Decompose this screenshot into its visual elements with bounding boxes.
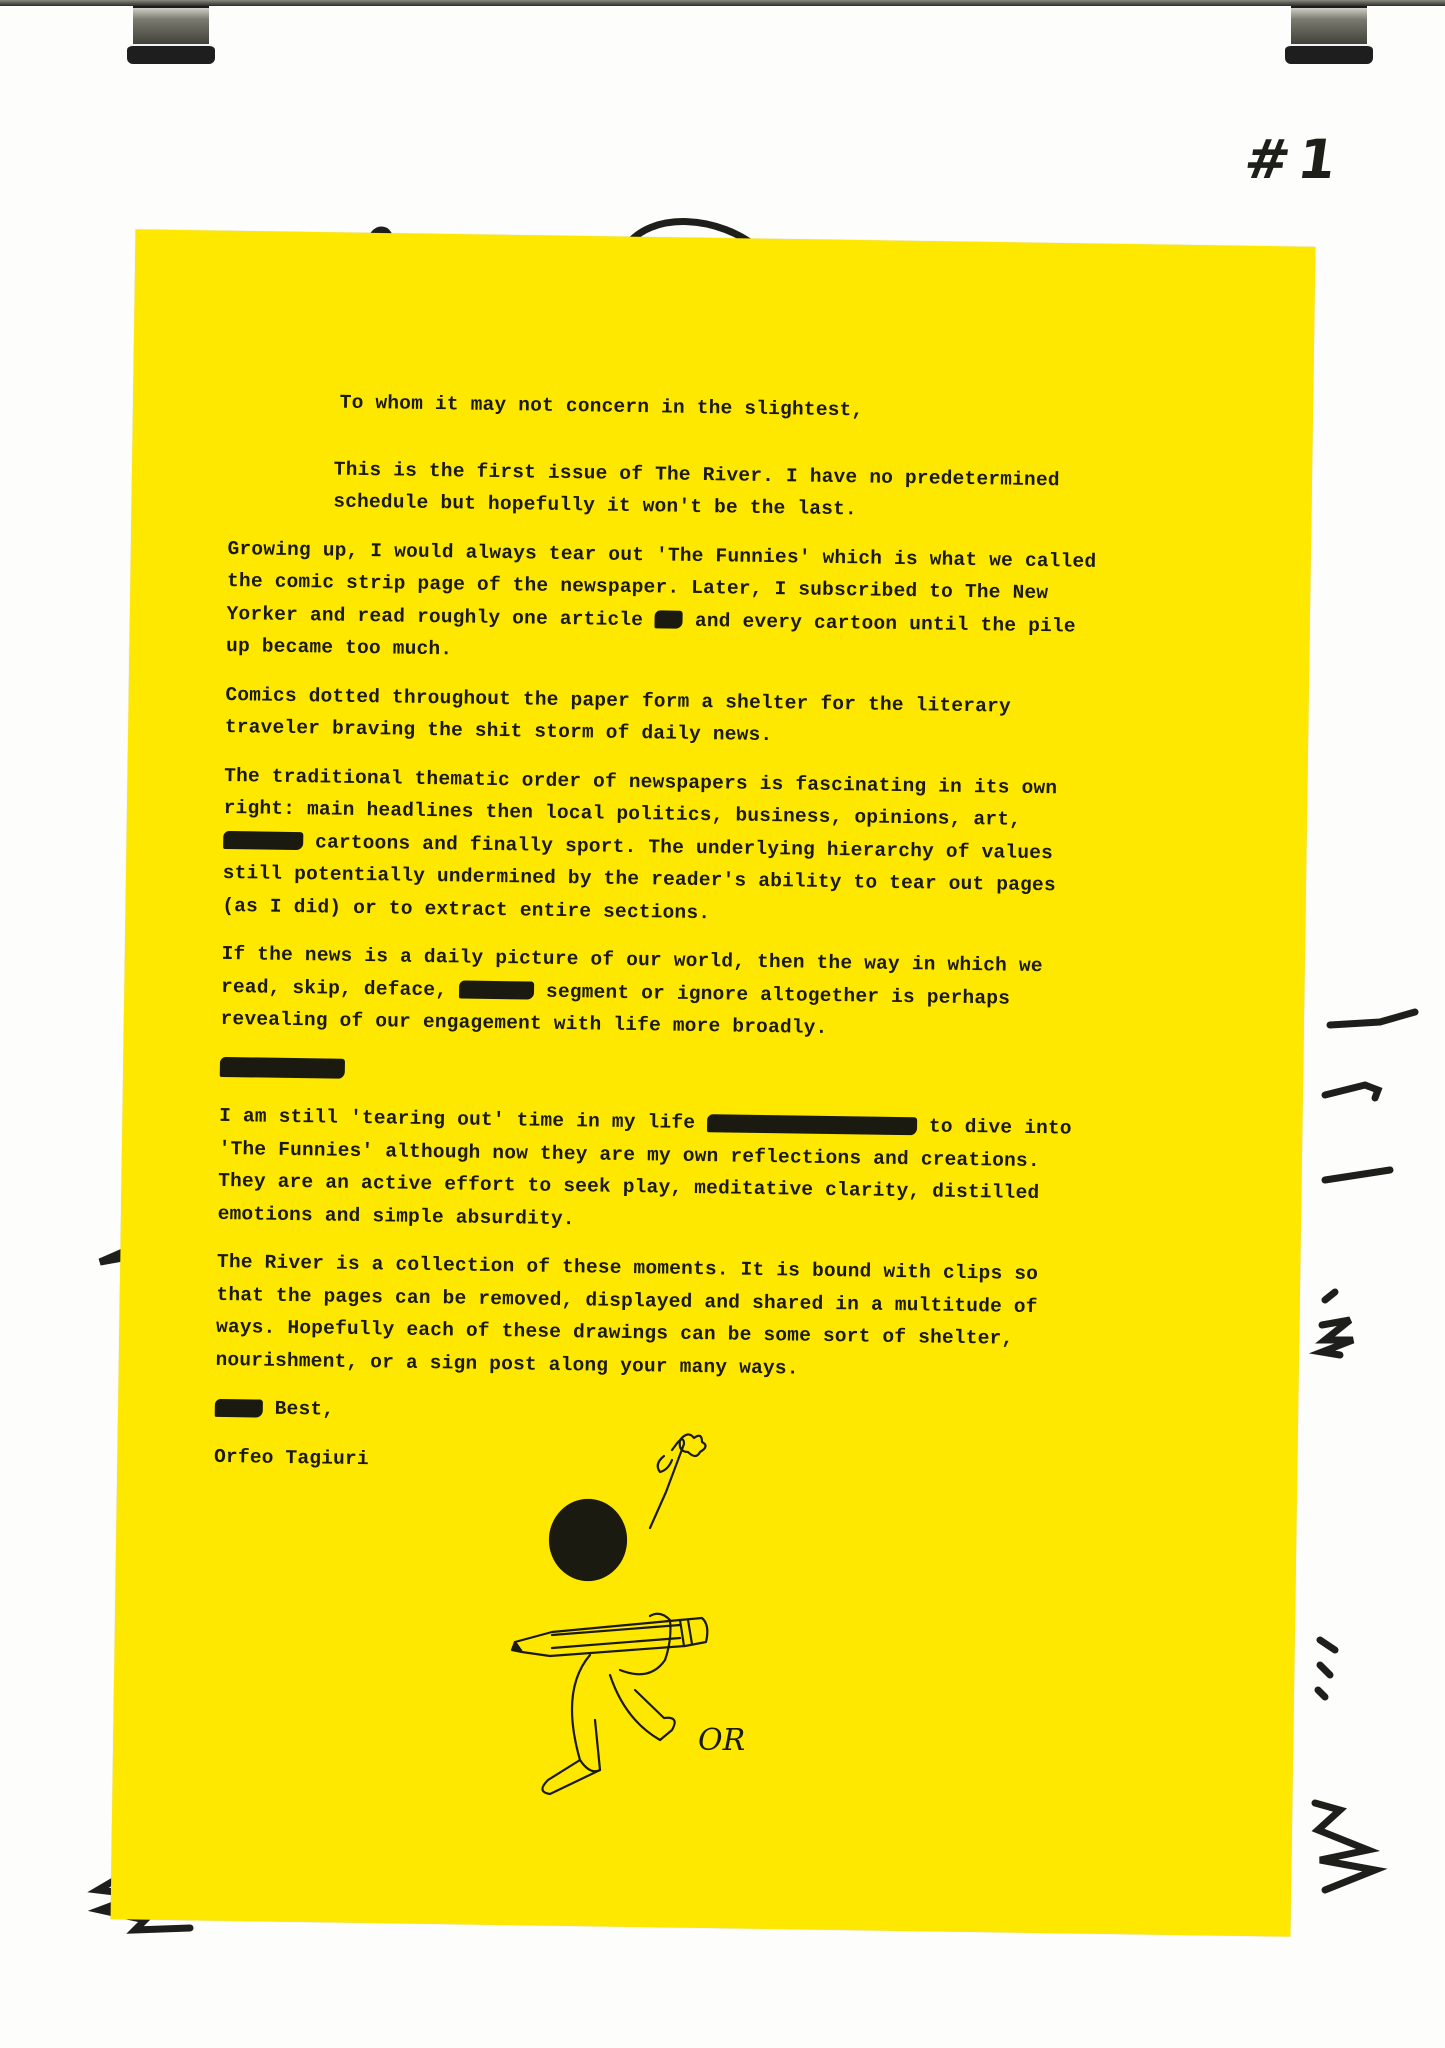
redaction-mark [655, 611, 683, 629]
issue-number: #1 [1241, 128, 1349, 191]
paragraph-funnies: Growing up, I would always tear out 'The… [226, 532, 1108, 675]
letter-body: To whom it may not concern in the slight… [214, 385, 1110, 1502]
drawing-initials: OR [698, 1723, 745, 1758]
redacted-line [220, 1051, 1100, 1097]
paragraph-the-river: The River is a collection of these momen… [215, 1246, 1097, 1389]
paragraph-shelter: Comics dotted throughout the paper form … [225, 678, 1106, 756]
pencil-carrier-drawing-icon: OR [440, 1420, 760, 1800]
paragraph-news-picture: If the news is a daily picture of our wo… [220, 938, 1101, 1049]
paragraph-thematic-order: The traditional thematic order of newspa… [222, 759, 1104, 935]
paragraph-intro: This is the first issue of The River. I … [333, 453, 1109, 529]
paragraph-tearing-out: I am still 'tearing out' time in my life… [217, 1100, 1099, 1243]
redaction-mark [459, 981, 534, 1000]
redaction-mark [707, 1114, 917, 1135]
redaction-mark [215, 1399, 263, 1418]
redaction-mark [220, 1057, 345, 1079]
redaction-mark [223, 831, 303, 850]
